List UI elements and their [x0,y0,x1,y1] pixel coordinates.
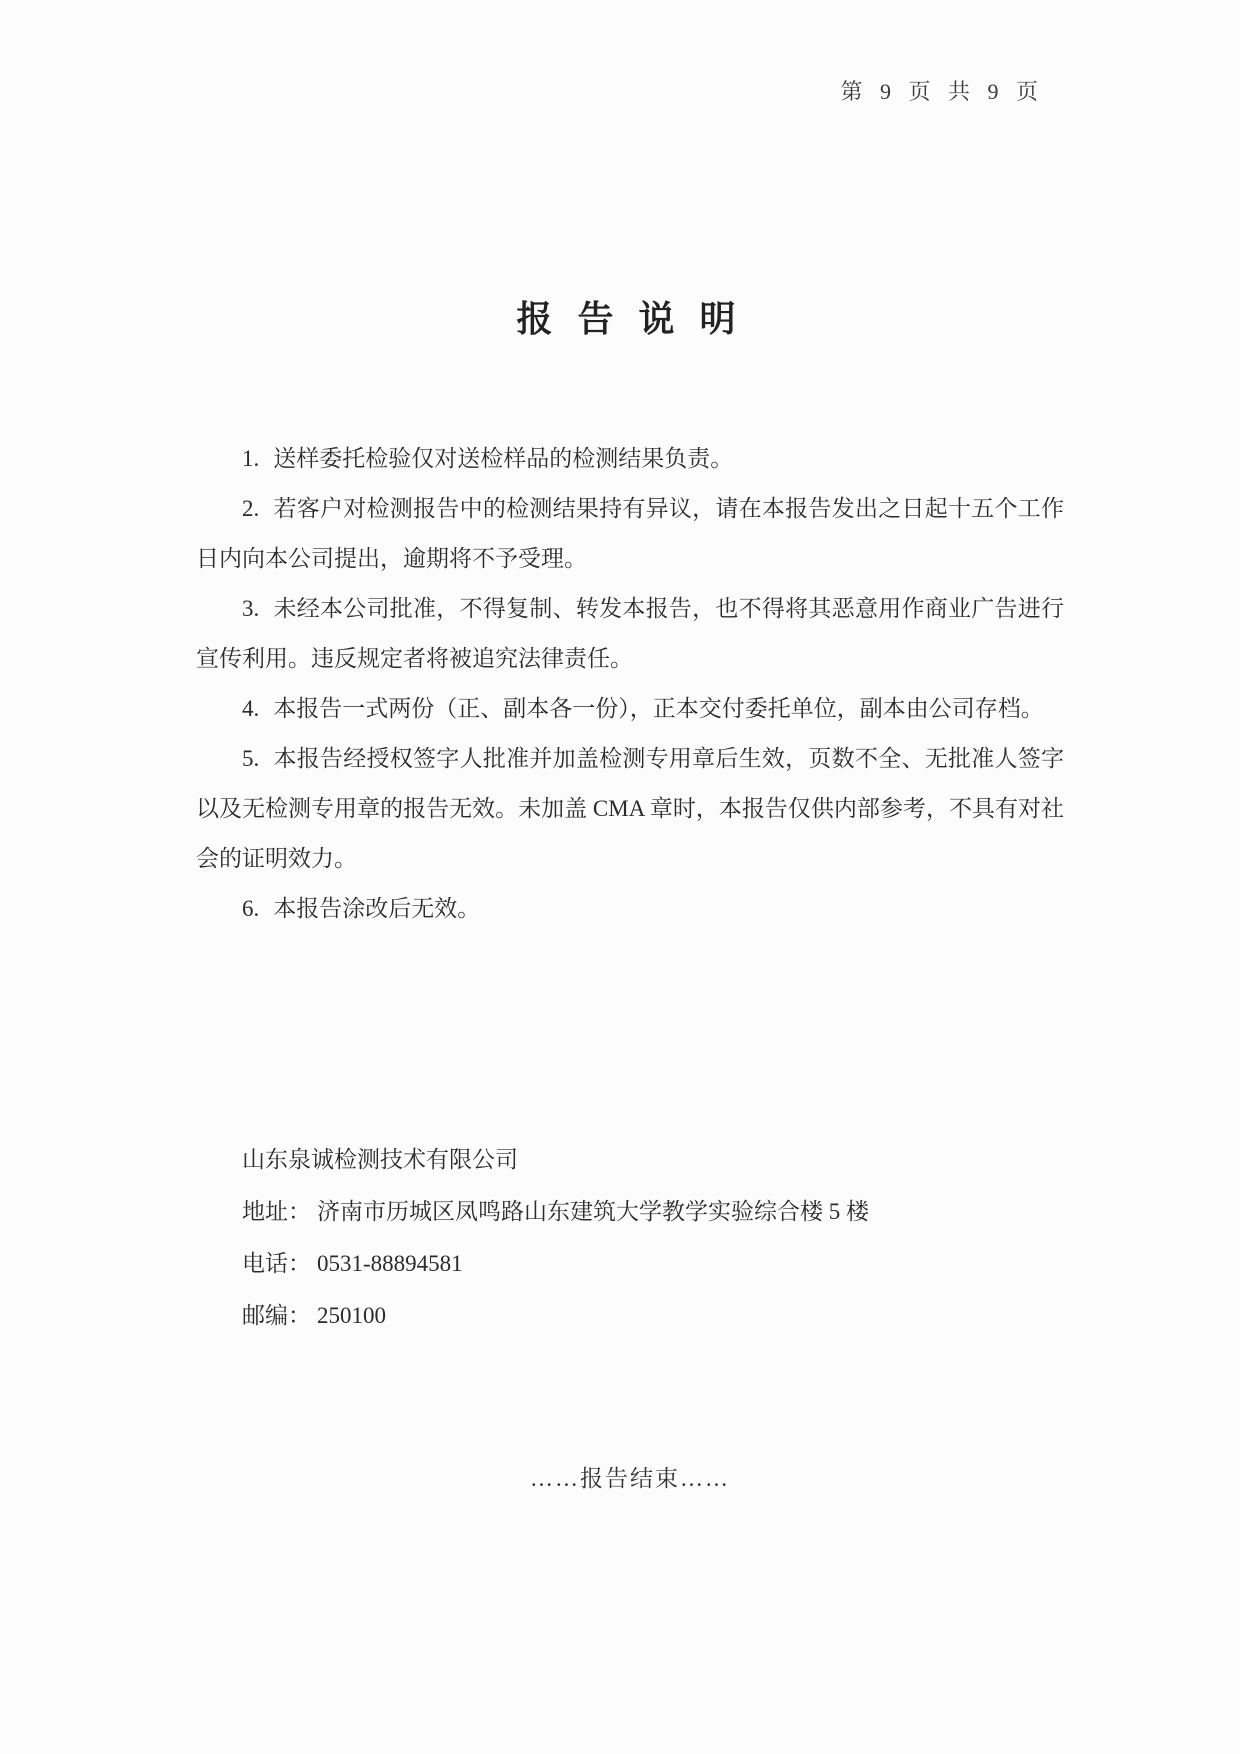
note-number: 3. [242,596,259,621]
note-item-4: 4.本报告一式两份（正、副本各一份），正本交付委托单位，副本由公司存档。 [196,684,1064,734]
note-text: 若客户对检测报告中的检测结果持有异议，请在本报告发出之日起十五个工作日内向本公司… [196,496,1064,571]
report-page: 第 9 页 共 9 页 报 告 说 明 1.送样委托检验仅对送检样品的检测结果负… [0,0,1240,1754]
note-text: 本报告经授权签字人批准并加盖检测专用章后生效，页数不全、无批准人签字以及无检测专… [196,746,1064,871]
phone-label: 电话： [242,1251,311,1276]
company-address: 地址：济南市历城区凤鸣路山东建筑大学教学实验综合楼 5 楼 [242,1186,1064,1238]
address-value: 济南市历城区凤鸣路山东建筑大学教学实验综合楼 5 楼 [317,1199,869,1224]
note-item-5: 5.本报告经授权签字人批准并加盖检测专用章后生效，页数不全、无批准人签字以及无检… [196,734,1064,884]
note-number: 6. [242,896,259,921]
note-number: 2. [242,496,259,521]
note-item-2: 2.若客户对检测报告中的检测结果持有异议，请在本报告发出之日起十五个工作日内向本… [196,484,1064,584]
company-info: 山东泉诚检测技术有限公司 地址：济南市历城区凤鸣路山东建筑大学教学实验综合楼 5… [242,1134,1064,1342]
note-text: 本报告一式两份（正、副本各一份），正本交付委托单位，副本由公司存档。 [273,696,1044,721]
note-text: 本报告涂改后无效。 [273,896,480,921]
note-text: 送样委托检验仅对送检样品的检测结果负责。 [273,446,733,471]
notes-list: 1.送样委托检验仅对送检样品的检测结果负责。 2.若客户对检测报告中的检测结果持… [196,434,1064,934]
page-number-indicator: 第 9 页 共 9 页 [196,75,1064,106]
company-name: 山东泉诚检测技术有限公司 [242,1134,1064,1186]
note-number: 5. [242,746,259,771]
note-item-1: 1.送样委托检验仅对送检样品的检测结果负责。 [196,434,1064,484]
note-number: 4. [242,696,259,721]
phone-value: 0531-88894581 [317,1251,463,1276]
company-postcode: 邮编：250100 [242,1290,1064,1342]
page-content: 第 9 页 共 9 页 报 告 说 明 1.送样委托检验仅对送检样品的检测结果负… [0,0,1240,1493]
note-text: 未经本公司批准，不得复制、转发本报告，也不得将其恶意用作商业广告进行宣传利用。违… [196,596,1064,671]
report-end-marker: ……报告结束…… [196,1460,1064,1493]
postcode-label: 邮编： [242,1303,311,1328]
note-item-3: 3.未经本公司批准，不得复制、转发本报告，也不得将其恶意用作商业广告进行宣传利用… [196,584,1064,684]
company-phone: 电话：0531-88894581 [242,1238,1064,1290]
page-title: 报 告 说 明 [196,291,1064,342]
postcode-value: 250100 [317,1303,386,1328]
note-item-6: 6.本报告涂改后无效。 [196,884,1064,934]
note-number: 1. [242,446,259,471]
address-label: 地址： [242,1199,311,1224]
